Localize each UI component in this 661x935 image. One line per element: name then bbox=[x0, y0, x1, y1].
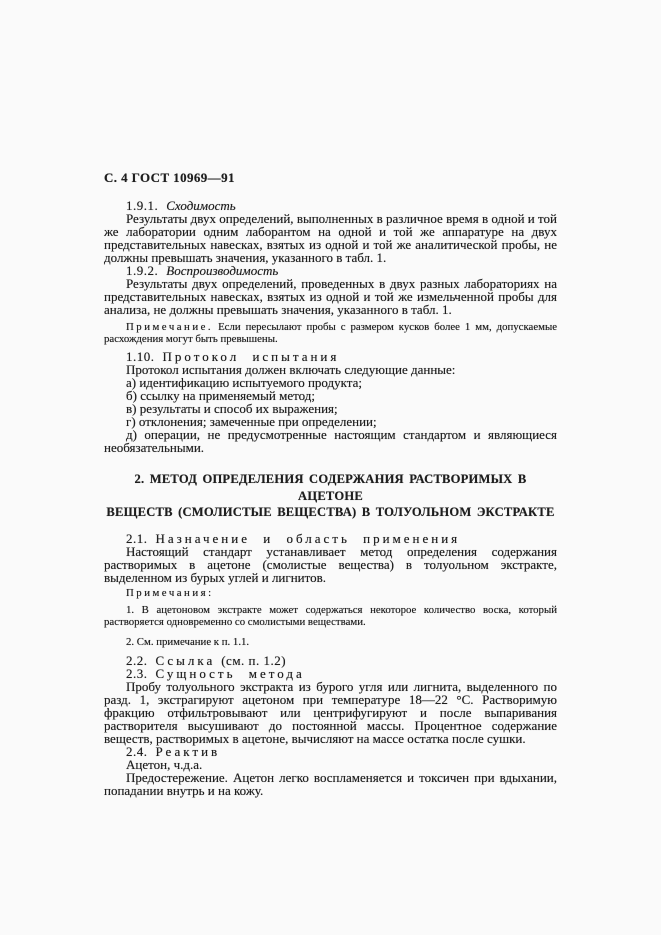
notes-label: Примечания: bbox=[104, 588, 557, 600]
section-2-heading-line1: 2. МЕТОД ОПРЕДЕЛЕНИЯ СОДЕРЖАНИЯ РАСТВОРИ… bbox=[104, 471, 557, 504]
paragraph-method-essence: Пробу толуольного экстракта из бурого уг… bbox=[104, 680, 557, 745]
note-shipping-samples: Примечание. Если пересылают пробы с разм… bbox=[104, 322, 557, 345]
page-header-gost-number: С. 4 ГОСТ 10969—91 bbox=[104, 171, 557, 184]
clause-heading-2-1: 2.1.Назначение и область применения bbox=[104, 532, 557, 545]
section-2-heading-line2: ВЕЩЕСТВ (СМОЛИСТЫЕ ВЕЩЕСТВА) В ТОЛУОЛЬНО… bbox=[104, 504, 557, 521]
paragraph-reproducibility: Результаты двух определений, проведенных… bbox=[104, 277, 557, 316]
notes-block: 1. В ацетоновом экстракте может содержат… bbox=[104, 605, 557, 649]
note-item-1: 1. В ацетоновом экстракте может содержат… bbox=[104, 605, 557, 628]
note-label: Примечание. bbox=[126, 321, 213, 333]
paragraph-scope: Настоящий стандарт устанавливает метод о… bbox=[104, 545, 557, 584]
section-2-heading: 2. МЕТОД ОПРЕДЕЛЕНИЯ СОДЕРЖАНИЯ РАСТВОРИ… bbox=[104, 471, 557, 521]
list-item-d: д) операции, не предусмотренные настоящи… bbox=[104, 428, 557, 454]
document-text-block: С. 4 ГОСТ 10969—91 1.9.1.Сходимость Резу… bbox=[104, 171, 557, 797]
paragraph-warning: Предостережение. Ацетон легко воспламеня… bbox=[104, 771, 557, 797]
note-item-2: 2. См. примечание к п. 1.1. bbox=[104, 637, 557, 649]
scanned-document-page: С. 4 ГОСТ 10969—91 1.9.1.Сходимость Резу… bbox=[0, 0, 661, 935]
paragraph-repeatability: Результаты двух определений, выполненных… bbox=[104, 212, 557, 264]
